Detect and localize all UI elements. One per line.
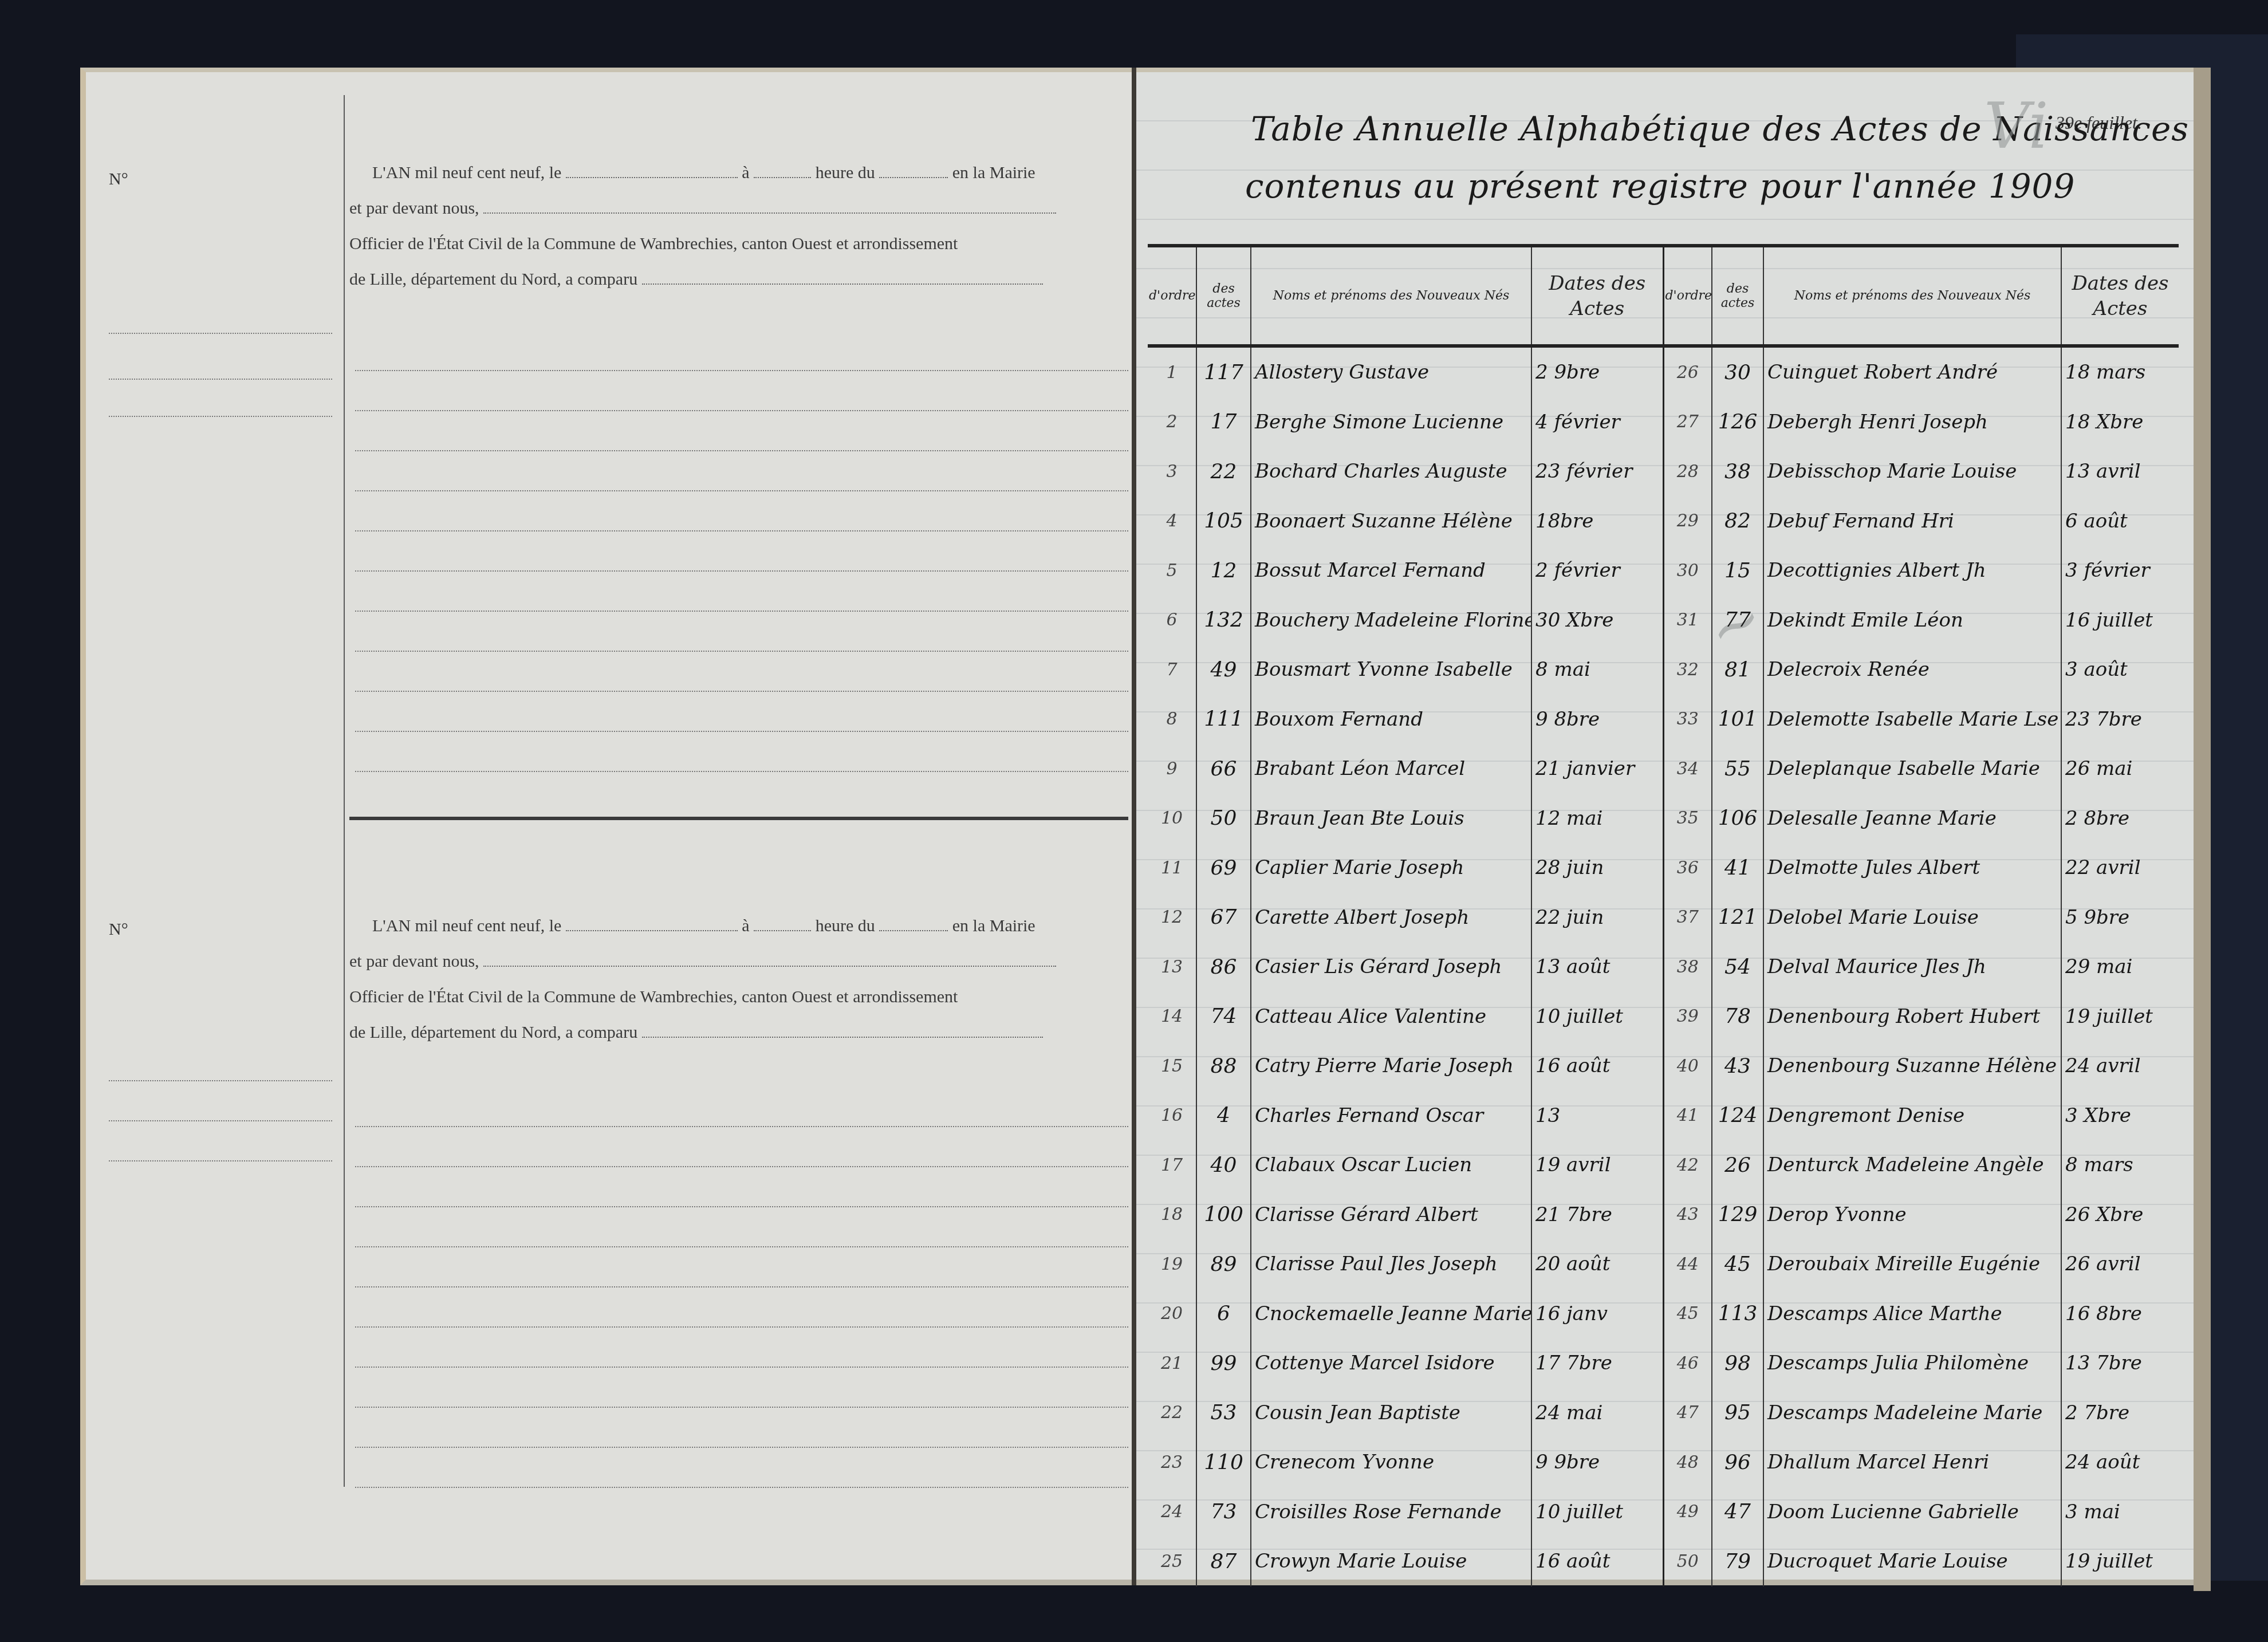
acte-number: 82: [1712, 497, 1763, 546]
body-blank: [355, 731, 1128, 732]
newborn-name: Catry Pierre Marie Joseph: [1251, 1041, 1531, 1091]
act-date: 28 juin: [1531, 843, 1663, 893]
act-date: 8 mai: [1531, 645, 1663, 695]
newborn-name: Ducroquet Marie Louise: [1763, 1537, 2061, 1586]
ordre-number: 23: [1148, 1438, 1196, 1487]
col-header-noms: Noms et prénoms des Nouveaux Nés: [1763, 246, 2061, 346]
newborn-name: Deroubaix Mireille Eugénie: [1763, 1239, 2061, 1289]
acte-number: 86: [1196, 942, 1251, 992]
newborn-name: Delecroix Renée: [1763, 645, 2061, 695]
table-row: 217Berghe Simone Lucienne4 février27126D…: [1148, 397, 2179, 447]
newborn-name: Dekindt Emile Léon: [1763, 596, 2061, 645]
acte-number: 99: [1196, 1338, 1251, 1388]
form-line-officer: et par devant nous,: [349, 944, 1128, 979]
acte-number: 87: [1196, 1537, 1251, 1586]
act-date: 9 8bre: [1531, 695, 1663, 745]
form-line-date: L'AN mil neuf cent neuf, le à heure du e…: [349, 908, 1128, 944]
hour-blank: [754, 930, 811, 931]
newborn-name: Denturck Madeleine Angèle: [1763, 1140, 2061, 1190]
act-date: 2 8bre: [2061, 794, 2179, 844]
ordre-number: 7: [1148, 645, 1196, 695]
act-date: 26 mai: [2061, 744, 2179, 794]
body-blank: [355, 691, 1128, 692]
acte-number: 129: [1712, 1190, 1763, 1240]
newborn-name: Derop Yvonne: [1763, 1190, 2061, 1240]
ordre-number: 25: [1148, 1537, 1196, 1586]
officer-blank: [483, 212, 1056, 214]
act-date: 13 avril: [2061, 447, 2179, 497]
body-blank: [355, 1126, 1128, 1127]
newborn-name: Decottignies Albert Jh: [1763, 546, 2061, 596]
newborn-name: Bousmart Yvonne Isabelle: [1251, 645, 1531, 695]
act-date: 5 9bre: [2061, 893, 2179, 943]
newborn-name: Denenbourg Robert Hubert: [1763, 992, 2061, 1042]
form-text: heure du: [816, 163, 875, 182]
newborn-name: Delmotte Jules Albert: [1763, 843, 2061, 893]
act-date: 16 août: [1531, 1537, 1663, 1586]
acte-number: 53: [1196, 1388, 1251, 1438]
table-row: 1989Clarisse Paul Jles Joseph20 août4445…: [1148, 1239, 2179, 1289]
col-header-ordre: d'ordre: [1663, 246, 1712, 346]
ordre-number: 22: [1148, 1388, 1196, 1438]
form-line-officer: et par devant nous,: [349, 191, 1128, 226]
table-row: 1474Catteau Alice Valentine10 juillet397…: [1148, 992, 2179, 1042]
form-text: à: [742, 163, 749, 182]
acte-number: 15: [1712, 546, 1763, 596]
margin-blank: [109, 416, 332, 417]
act-date: 16 août: [1531, 1041, 1663, 1091]
table-row: 512Bossut Marcel Fernand2 février3015Dec…: [1148, 546, 2179, 596]
acte-number: 12: [1196, 546, 1251, 596]
col-header-noms: Noms et prénoms des Nouveaux Nés: [1251, 246, 1531, 346]
act-date: 20 août: [1531, 1239, 1663, 1289]
act-date: 19 juillet: [2061, 1537, 2179, 1586]
newborn-name: Delobel Marie Louise: [1763, 893, 2061, 943]
margin-blank: [109, 1160, 332, 1161]
act-date: 30 Xbre: [1531, 596, 1663, 645]
acte-number: 26: [1712, 1140, 1763, 1190]
ordre-number: 9: [1148, 744, 1196, 794]
ordre-number: 18: [1148, 1190, 1196, 1240]
act-date: 17 7bre: [1531, 1338, 1663, 1388]
acte-number: 111: [1196, 695, 1251, 745]
acte-number: 98: [1712, 1338, 1763, 1388]
ordre-number: 30: [1663, 546, 1712, 596]
ordre-number: 28: [1663, 447, 1712, 497]
form-line-commune: Officier de l'État Civil de la Commune d…: [349, 226, 1128, 262]
body-blank: [355, 410, 1128, 411]
acte-number: 30: [1712, 346, 1763, 397]
newborn-name: Braun Jean Bte Louis: [1251, 794, 1531, 844]
acte-number: 41: [1712, 843, 1763, 893]
acte-number: 110: [1196, 1438, 1251, 1487]
acte-number: 88: [1196, 1041, 1251, 1091]
act-date: 16 janv: [1531, 1289, 1663, 1339]
ordre-number: 43: [1663, 1190, 1712, 1240]
act-date: 13 7bre: [2061, 1338, 2179, 1388]
body-blank: [355, 1206, 1128, 1207]
table-row: 1740Clabaux Oscar Lucien19 avril4226Dent…: [1148, 1140, 2179, 1190]
acte-number: 117: [1196, 346, 1251, 397]
table-row: 1169Caplier Marie Joseph28 juin3641Delmo…: [1148, 843, 2179, 893]
newborn-name: Crenecom Yvonne: [1251, 1438, 1531, 1487]
table-row: 2587Crowyn Marie Louise16 août5079Ducroq…: [1148, 1537, 2179, 1586]
table-row: 1267Carette Albert Joseph22 juin37121Del…: [1148, 893, 2179, 943]
table-row: 749Bousmart Yvonne Isabelle8 mai3281Dele…: [1148, 645, 2179, 695]
acte-number: 38: [1712, 447, 1763, 497]
newborn-name: Brabant Léon Marcel: [1251, 744, 1531, 794]
acte-number: 100: [1196, 1190, 1251, 1240]
act-date: 16 8bre: [2061, 1289, 2179, 1339]
margin-blank: [109, 1080, 332, 1081]
act-date: 19 avril: [1531, 1140, 1663, 1190]
table-row: 1386Casier Lis Gérard Joseph13 août3854D…: [1148, 942, 2179, 992]
act-date: 24 août: [2061, 1438, 2179, 1487]
table-row: 966Brabant Léon Marcel21 janvier3455Dele…: [1148, 744, 2179, 794]
table-row: 1117Allostery Gustave2 9bre2630Cuinguet …: [1148, 346, 2179, 397]
ordre-number: 33: [1663, 695, 1712, 745]
acte-number: 43: [1712, 1041, 1763, 1091]
act-date: 2 9bre: [1531, 346, 1663, 397]
ordre-number: 37: [1663, 893, 1712, 943]
ordre-number: 24: [1148, 1487, 1196, 1537]
form-text: L'AN mil neuf cent neuf, le: [349, 916, 561, 935]
acte-number: 47: [1712, 1487, 1763, 1537]
table-row: 1588Catry Pierre Marie Joseph16 août4043…: [1148, 1041, 2179, 1091]
newborn-name: Delemotte Isabelle Marie Lse: [1763, 695, 2061, 745]
ordre-number: 12: [1148, 893, 1196, 943]
acte-number: 113: [1712, 1289, 1763, 1339]
act-date: 4 février: [1531, 397, 1663, 447]
ordre-number: 45: [1663, 1289, 1712, 1339]
newborn-name: Catteau Alice Valentine: [1251, 992, 1531, 1042]
ordre-number: 38: [1663, 942, 1712, 992]
act-date: 23 février: [1531, 447, 1663, 497]
table-row: 1050Braun Jean Bte Louis12 mai35106Deles…: [1148, 794, 2179, 844]
form-line-comparu: de Lille, département du Nord, a comparu: [349, 1015, 1128, 1050]
newborn-name: Boonaert Suzanne Hélène: [1251, 497, 1531, 546]
acte-number: 96: [1712, 1438, 1763, 1487]
body-blank: [355, 370, 1128, 371]
act-number-label: N°: [109, 170, 128, 189]
act-date: 18bre: [1531, 497, 1663, 546]
ordre-number: 41: [1663, 1091, 1712, 1141]
acte-number: 74: [1196, 992, 1251, 1042]
ordre-number: 27: [1663, 397, 1712, 447]
act-form-2: L'AN mil neuf cent neuf, le à heure du e…: [349, 908, 1128, 1050]
acte-number: 6: [1196, 1289, 1251, 1339]
newborn-name: Delesalle Jeanne Marie: [1763, 794, 2061, 844]
form-text: et par devant nous,: [349, 199, 479, 218]
newborn-name: Denenbourg Suzanne Hélène: [1763, 1041, 2061, 1091]
page-title-line-2: contenus au présent registre pour l'anné…: [1245, 167, 2075, 206]
acte-number: 4: [1196, 1091, 1251, 1141]
acte-number: 49: [1196, 645, 1251, 695]
ordre-number: 29: [1663, 497, 1712, 546]
acte-number: 77: [1712, 596, 1763, 645]
newborn-name: Debergh Henri Joseph: [1763, 397, 2061, 447]
act-date: 13 août: [1531, 942, 1663, 992]
form-text: en la Mairie: [952, 163, 1035, 182]
ordre-number: 20: [1148, 1289, 1196, 1339]
newborn-name: Berghe Simone Lucienne: [1251, 397, 1531, 447]
newborn-name: Descamps Julia Philomène: [1763, 1338, 2061, 1388]
newborn-name: Croisilles Rose Fernande: [1251, 1487, 1531, 1537]
newborn-name: Carette Albert Joseph: [1251, 893, 1531, 943]
col-header-actes: des actes: [1196, 246, 1251, 346]
act-date: 26 Xbre: [2061, 1190, 2179, 1240]
newborn-name: Bossut Marcel Fernand: [1251, 546, 1531, 596]
form-line-commune: Officier de l'État Civil de la Commune d…: [349, 979, 1128, 1015]
newborn-name: Casier Lis Gérard Joseph: [1251, 942, 1531, 992]
table-row: 164Charles Fernand Oscar1341124Dengremon…: [1148, 1091, 2179, 1141]
ordre-number: 49: [1663, 1487, 1712, 1537]
ordre-number: 40: [1663, 1041, 1712, 1091]
col-header-dates: Dates des Actes: [2061, 246, 2179, 346]
ordre-number: 32: [1663, 645, 1712, 695]
body-blank: [355, 490, 1128, 491]
act-date: 2 février: [1531, 546, 1663, 596]
form-text: L'AN mil neuf cent neuf, le: [349, 163, 561, 182]
form-text: heure du: [816, 916, 875, 935]
body-blank: [355, 1367, 1128, 1368]
date-blank: [566, 177, 738, 178]
act-date: 16 juillet: [2061, 596, 2179, 645]
ordre-number: 8: [1148, 695, 1196, 745]
newborn-name: Cnockemaelle Jeanne Marie Lse: [1251, 1289, 1531, 1339]
act-date: 21 7bre: [1531, 1190, 1663, 1240]
ordre-number: 47: [1663, 1388, 1712, 1438]
date-blank: [566, 930, 738, 931]
newborn-name: Debisschop Marie Louise: [1763, 447, 2061, 497]
acte-number: 106: [1712, 794, 1763, 844]
margin-blank: [109, 1120, 332, 1121]
acte-number: 45: [1712, 1239, 1763, 1289]
ordre-number: 48: [1663, 1438, 1712, 1487]
ordre-number: 1: [1148, 346, 1196, 397]
newborn-name: Caplier Marie Joseph: [1251, 843, 1531, 893]
birth-index-table: d'ordre des actes Noms et prénoms des No…: [1148, 244, 2179, 1586]
left-page: N° L'AN mil neuf cent neuf, le à heure d…: [80, 68, 1134, 1585]
margin-blank: [109, 333, 332, 334]
table-row: 4105Boonaert Suzanne Hélène18bre2982Debu…: [1148, 497, 2179, 546]
newborn-name: Doom Lucienne Gabrielle: [1763, 1487, 2061, 1537]
newborn-name: Allostery Gustave: [1251, 346, 1531, 397]
ordre-number: 46: [1663, 1338, 1712, 1388]
newborn-name: Cousin Jean Baptiste: [1251, 1388, 1531, 1438]
newborn-name: Clarisse Paul Jles Joseph: [1251, 1239, 1531, 1289]
newborn-name: Descamps Alice Marthe: [1763, 1289, 2061, 1339]
acte-number: 101: [1712, 695, 1763, 745]
acte-number: 54: [1712, 942, 1763, 992]
newborn-name: Charles Fernand Oscar: [1251, 1091, 1531, 1141]
body-blank: [355, 1407, 1128, 1408]
ordre-number: 14: [1148, 992, 1196, 1042]
ordre-number: 2: [1148, 397, 1196, 447]
body-blank: [355, 1447, 1128, 1448]
act-date: 6 août: [2061, 497, 2179, 546]
act-date: 12 mai: [1531, 794, 1663, 844]
ordre-number: 50: [1663, 1537, 1712, 1586]
newborn-name: Clabaux Oscar Lucien: [1251, 1140, 1531, 1190]
body-blank: [355, 1166, 1128, 1167]
newborn-name: Bochard Charles Auguste: [1251, 447, 1531, 497]
body-blank: [355, 1487, 1128, 1488]
period-blank: [879, 930, 948, 931]
act-date: 19 juillet: [2061, 992, 2179, 1042]
newborn-name: Clarisse Gérard Albert: [1251, 1190, 1531, 1240]
acte-number: 69: [1196, 843, 1251, 893]
margin-blank: [109, 379, 332, 380]
newborn-name: Bouchery Madeleine Florine: [1251, 596, 1531, 645]
newborn-name: Dhallum Marcel Henri: [1763, 1438, 2061, 1487]
margin-rule: [344, 95, 345, 1487]
act-date: 8 mars: [2061, 1140, 2179, 1190]
ordre-number: 39: [1663, 992, 1712, 1042]
body-blank: [355, 771, 1128, 772]
col-header-ordre: d'ordre: [1148, 246, 1196, 346]
body-blank: [355, 651, 1128, 652]
act-date: 18 Xbre: [2061, 397, 2179, 447]
ordre-number: 11: [1148, 843, 1196, 893]
act-date: 2 7bre: [2061, 1388, 2179, 1438]
right-page: 39e feuillet. Table Annuelle Alphabétiqu…: [1136, 68, 2194, 1585]
act-date: 21 janvier: [1531, 744, 1663, 794]
ordre-number: 4: [1148, 497, 1196, 546]
newborn-name: Delval Maurice Jles Jh: [1763, 942, 2061, 992]
table-row: 206Cnockemaelle Jeanne Marie Lse16 janv4…: [1148, 1289, 2179, 1339]
ordre-number: 36: [1663, 843, 1712, 893]
ordre-number: 31: [1663, 596, 1712, 645]
table-row: 322Bochard Charles Auguste23 février2838…: [1148, 447, 2179, 497]
ordre-number: 3: [1148, 447, 1196, 497]
table-row: 2199Cottenye Marcel Isidore17 7bre4698De…: [1148, 1338, 2179, 1388]
acte-number: 121: [1712, 893, 1763, 943]
acte-number: 78: [1712, 992, 1763, 1042]
period-blank: [879, 177, 948, 178]
act-number-label: N°: [109, 920, 128, 939]
acte-number: 40: [1196, 1140, 1251, 1190]
comparant-blank: [642, 1037, 1043, 1038]
table-row: 6132Bouchery Madeleine Florine30 Xbre317…: [1148, 596, 2179, 645]
table-row: 8111Bouxom Fernand9 8bre33101Delemotte I…: [1148, 695, 2179, 745]
newborn-name: Cottenye Marcel Isidore: [1251, 1338, 1531, 1388]
act-date: 10 juillet: [1531, 1487, 1663, 1537]
acte-number: 132: [1196, 596, 1251, 645]
ordre-number: 15: [1148, 1041, 1196, 1091]
table-header-row: d'ordre des actes Noms et prénoms des No…: [1148, 246, 2179, 346]
form-line-comparu: de Lille, département du Nord, a comparu: [349, 262, 1128, 297]
body-blank: [355, 1286, 1128, 1287]
act-date: 22 juin: [1531, 893, 1663, 943]
act-date: 26 avril: [2061, 1239, 2179, 1289]
newborn-name: Debuf Fernand Hri: [1763, 497, 2061, 546]
acte-number: 73: [1196, 1487, 1251, 1537]
form-text: en la Mairie: [952, 916, 1035, 935]
ordre-number: 13: [1148, 942, 1196, 992]
table-body: 1117Allostery Gustave2 9bre2630Cuinguet …: [1148, 346, 2179, 1586]
newborn-name: Descamps Madeleine Marie: [1763, 1388, 2061, 1438]
act-date: 13: [1531, 1091, 1663, 1141]
form-text: Officier de l'État Civil de la Commune d…: [349, 234, 958, 253]
officer-blank: [483, 966, 1056, 967]
newborn-name: Crowyn Marie Louise: [1251, 1537, 1531, 1586]
ordre-number: 6: [1148, 596, 1196, 645]
ordre-number: 17: [1148, 1140, 1196, 1190]
act-form-1: L'AN mil neuf cent neuf, le à heure du e…: [349, 155, 1128, 297]
act-date: 3 février: [2061, 546, 2179, 596]
ordre-number: 42: [1663, 1140, 1712, 1190]
form-text: et par devant nous,: [349, 952, 479, 971]
act-date: 24 avril: [2061, 1041, 2179, 1091]
acte-number: 55: [1712, 744, 1763, 794]
act-date: 18 mars: [2061, 346, 2179, 397]
act-date: 29 mai: [2061, 942, 2179, 992]
acte-number: 67: [1196, 893, 1251, 943]
act-date: 10 juillet: [1531, 992, 1663, 1042]
form-text: Officier de l'État Civil de la Commune d…: [349, 987, 958, 1006]
acte-number: 22: [1196, 447, 1251, 497]
form-text: de Lille, département du Nord, a comparu: [349, 1023, 637, 1042]
act-date: 3 août: [2061, 645, 2179, 695]
newborn-name: Cuinguet Robert André: [1763, 346, 2061, 397]
col-header-dates: Dates des Actes: [1531, 246, 1663, 346]
body-blank: [355, 570, 1128, 572]
comparant-blank: [642, 283, 1043, 285]
newborn-name: Deleplanque Isabelle Marie: [1763, 744, 2061, 794]
ordre-number: 44: [1663, 1239, 1712, 1289]
table-row: 18100Clarisse Gérard Albert21 7bre43129D…: [1148, 1190, 2179, 1240]
form-text: de Lille, département du Nord, a comparu: [349, 270, 637, 289]
newborn-name: Bouxom Fernand: [1251, 695, 1531, 745]
act-date: 9 9bre: [1531, 1438, 1663, 1487]
col-header-actes: des actes: [1712, 246, 1763, 346]
ordre-number: 10: [1148, 794, 1196, 844]
acte-number: 89: [1196, 1239, 1251, 1289]
pencil-annotation: Vi: [1984, 89, 2049, 163]
table-row: 23110Crenecom Yvonne9 9bre4896Dhallum Ma…: [1148, 1438, 2179, 1487]
hour-blank: [754, 177, 811, 178]
body-blank: [355, 450, 1128, 451]
act-date: 3 mai: [2061, 1487, 2179, 1537]
acte-number: 126: [1712, 397, 1763, 447]
acte-number: 81: [1712, 645, 1763, 695]
act-date: 23 7bre: [2061, 695, 2179, 745]
ordre-number: 21: [1148, 1338, 1196, 1388]
ordre-number: 5: [1148, 546, 1196, 596]
act-separator-rule: [349, 817, 1128, 820]
page-stack-edge: [2194, 68, 2211, 1591]
ordre-number: 34: [1663, 744, 1712, 794]
table-row: 2253Cousin Jean Baptiste24 mai4795Descam…: [1148, 1388, 2179, 1438]
acte-number: 50: [1196, 794, 1251, 844]
ordre-number: 26: [1663, 346, 1712, 397]
acte-number: 66: [1196, 744, 1251, 794]
acte-number: 124: [1712, 1091, 1763, 1141]
table-row: 2473Croisilles Rose Fernande10 juillet49…: [1148, 1487, 2179, 1537]
acte-number: 17: [1196, 397, 1251, 447]
body-blank: [355, 1326, 1128, 1328]
act-date: 24 mai: [1531, 1388, 1663, 1438]
ordre-number: 35: [1663, 794, 1712, 844]
acte-number: 95: [1712, 1388, 1763, 1438]
newborn-name: Dengremont Denise: [1763, 1091, 2061, 1141]
act-date: 22 avril: [2061, 843, 2179, 893]
form-line-date: L'AN mil neuf cent neuf, le à heure du e…: [349, 155, 1128, 191]
body-blank: [355, 611, 1128, 612]
ordre-number: 19: [1148, 1239, 1196, 1289]
ordre-number: 16: [1148, 1091, 1196, 1141]
